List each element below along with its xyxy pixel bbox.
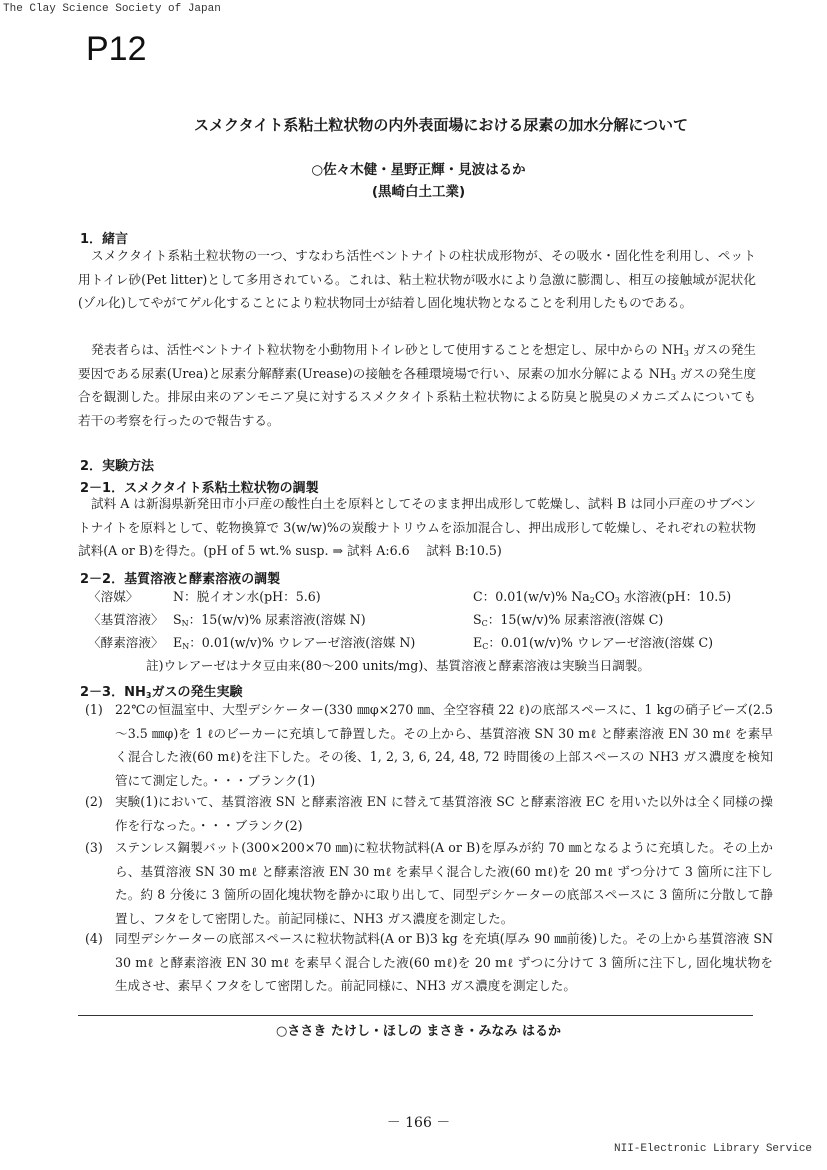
item-number: (1) xyxy=(85,698,103,722)
row-left-value: SN：15(w/v)% 尿素溶液(溶媒 N) xyxy=(173,608,473,631)
poster-id: P12 xyxy=(86,30,147,69)
item-text: 同型デシケーターの底部スペースに粒状物試料(A or B)3 kg を充填(厚み… xyxy=(115,927,773,998)
row-label: 〈酵素溶液〉 xyxy=(88,631,173,654)
library-service-footer: NII-Electronic Library Service xyxy=(614,1143,812,1155)
affiliation: (黒崎白土工業) xyxy=(0,180,827,200)
item-number: (4) xyxy=(85,927,103,951)
paper-title: スメクタイト系粘土粒状物の内外表面場における尿素の加水分解について xyxy=(0,114,827,135)
solution-table: 〈溶媒〉N：脱イオン水(pH：5.6)C：0.01(w/v)% Na2CO3 水… xyxy=(88,585,731,677)
item-text: ステンレス鋼製バット(300×200×70 ㎜)に粒状物試料(A or B)を厚… xyxy=(115,836,773,930)
row-left-value: N：脱イオン水(pH：5.6) xyxy=(173,585,473,608)
solution-row-solvent: 〈溶媒〉N：脱イオン水(pH：5.6)C：0.01(w/v)% Na2CO3 水… xyxy=(88,585,731,608)
item-text: 22℃の恒温室中、大型デシケーター(330 ㎜φ×270 ㎜、全空容積 22 ℓ… xyxy=(115,698,773,792)
author-list: ○佐々木健・星野正輝・見波はるか xyxy=(0,158,827,178)
solution-note: 註)ウレアーゼはナタ豆由来(80～200 units/mg)、基質溶液と酵素溶液… xyxy=(88,654,731,677)
romaji-authors: ○ささき たけし・ほしの まさき・みなみ はるか xyxy=(0,1020,827,1039)
subsection-2-1-text: 試料 A は新潟県新発田市小戸産の酸性白土を原料としてそのまま押出成形して乾燥し… xyxy=(78,492,756,563)
experiment-item-4: (4) 同型デシケーターの底部スペースに粒状物試料(A or B)3 kg を充… xyxy=(85,927,773,998)
intro-paragraph-1: スメクタイト系粘土粒状物の一つ、すなわち活性ベントナイトの柱状成形物が、その吸水… xyxy=(78,244,756,315)
experiment-item-1: (1) 22℃の恒温室中、大型デシケーター(330 ㎜φ×270 ㎜、全空容積 … xyxy=(85,698,773,792)
solution-row-substrate: 〈基質溶液〉SN：15(w/v)% 尿素溶液(溶媒 N)SC：15(w/v)% … xyxy=(88,608,731,631)
footer-divider xyxy=(78,1015,753,1016)
solution-row-enzyme: 〈酵素溶液〉EN：0.01(w/v)% ウレアーゼ溶液(溶媒 N)EC：0.01… xyxy=(88,631,731,654)
section-heading-methods: 2．実験方法 xyxy=(80,455,154,474)
row-right-value: C：0.01(w/v)% Na2CO3 水溶液(pH：10.5) xyxy=(473,589,731,604)
society-header: The Clay Science Society of Japan xyxy=(3,3,221,15)
page-number: － 166 － xyxy=(0,1112,827,1132)
row-left-value: EN：0.01(w/v)% ウレアーゼ溶液(溶媒 N) xyxy=(173,631,473,654)
experiment-item-3: (3) ステンレス鋼製バット(300×200×70 ㎜)に粒状物試料(A or … xyxy=(85,836,773,930)
item-text: 実験(1)において、基質溶液 SN と酵素溶液 EN に替えて基質溶液 SC と… xyxy=(115,790,773,837)
experiment-item-2: (2) 実験(1)において、基質溶液 SN と酵素溶液 EN に替えて基質溶液 … xyxy=(85,790,773,837)
intro-paragraph-2: 発表者らは、活性ベントナイト粒状物を小動物用トイレ砂として使用することを想定し、… xyxy=(78,338,756,432)
row-right-value: EC：0.01(w/v)% ウレアーゼ溶液(溶媒 C) xyxy=(473,635,713,650)
row-right-value: SC：15(w/v)% 尿素溶液(溶媒 C) xyxy=(473,612,663,627)
row-label: 〈基質溶液〉 xyxy=(88,608,173,631)
row-label: 〈溶媒〉 xyxy=(88,585,173,608)
item-number: (2) xyxy=(85,790,103,814)
item-number: (3) xyxy=(85,836,103,860)
